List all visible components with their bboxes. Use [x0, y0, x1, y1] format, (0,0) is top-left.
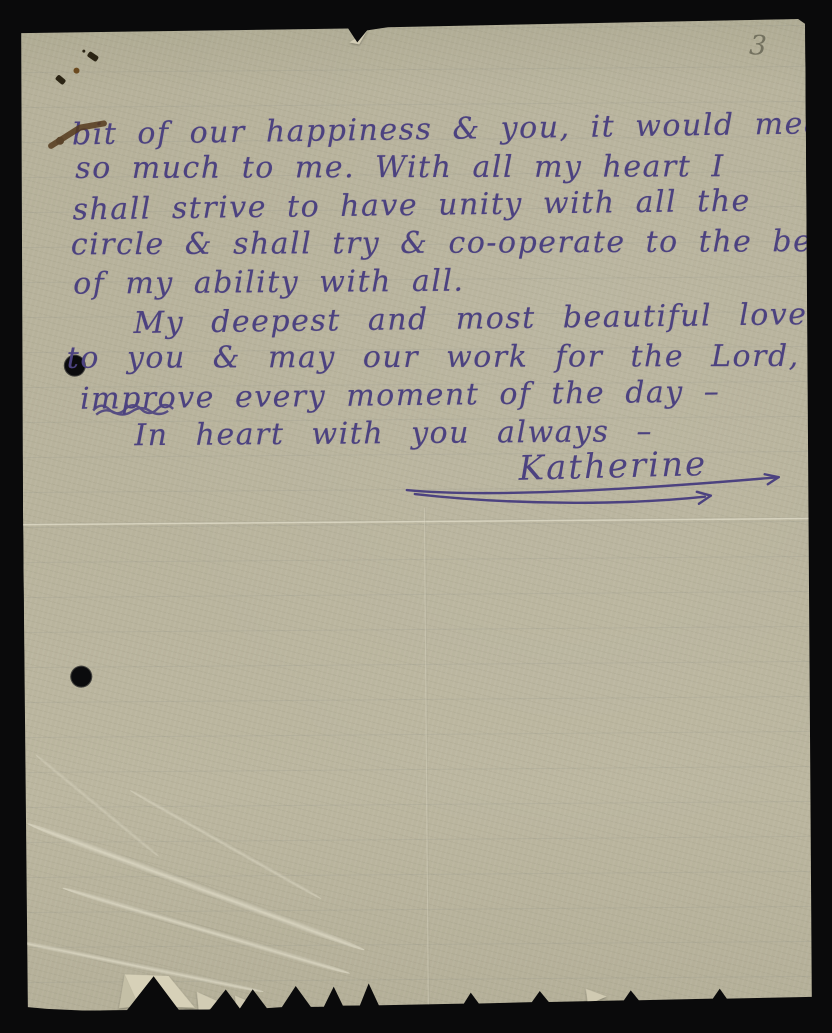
- handwritten-line-5: of my ability with all.: [73, 264, 465, 302]
- scanned-letter: 3 bit of our happiness & you, it would m…: [0, 0, 832, 1033]
- letter-page: 3 bit of our happiness & you, it would m…: [19, 19, 813, 1011]
- handwriting-block: bit of our happiness & you, it would mea…: [19, 19, 813, 1011]
- handwritten-line-6: My deepest and most beautiful love: [133, 297, 807, 341]
- handwritten-line-3: shall strive to have unity with all the: [72, 184, 751, 228]
- handwritten-line-4: circle & shall try & co-operate to the b…: [71, 224, 832, 262]
- handwritten-line-8: improve every moment of the day –: [80, 374, 721, 416]
- handwritten-line-2: so much to me. With all my heart I: [75, 149, 725, 186]
- handwritten-line-7: to you & may our work for the Lord,: [67, 339, 800, 376]
- signature: Katherine: [518, 444, 707, 489]
- handwritten-line-1: bit of our happiness & you, it would mea…: [72, 106, 832, 152]
